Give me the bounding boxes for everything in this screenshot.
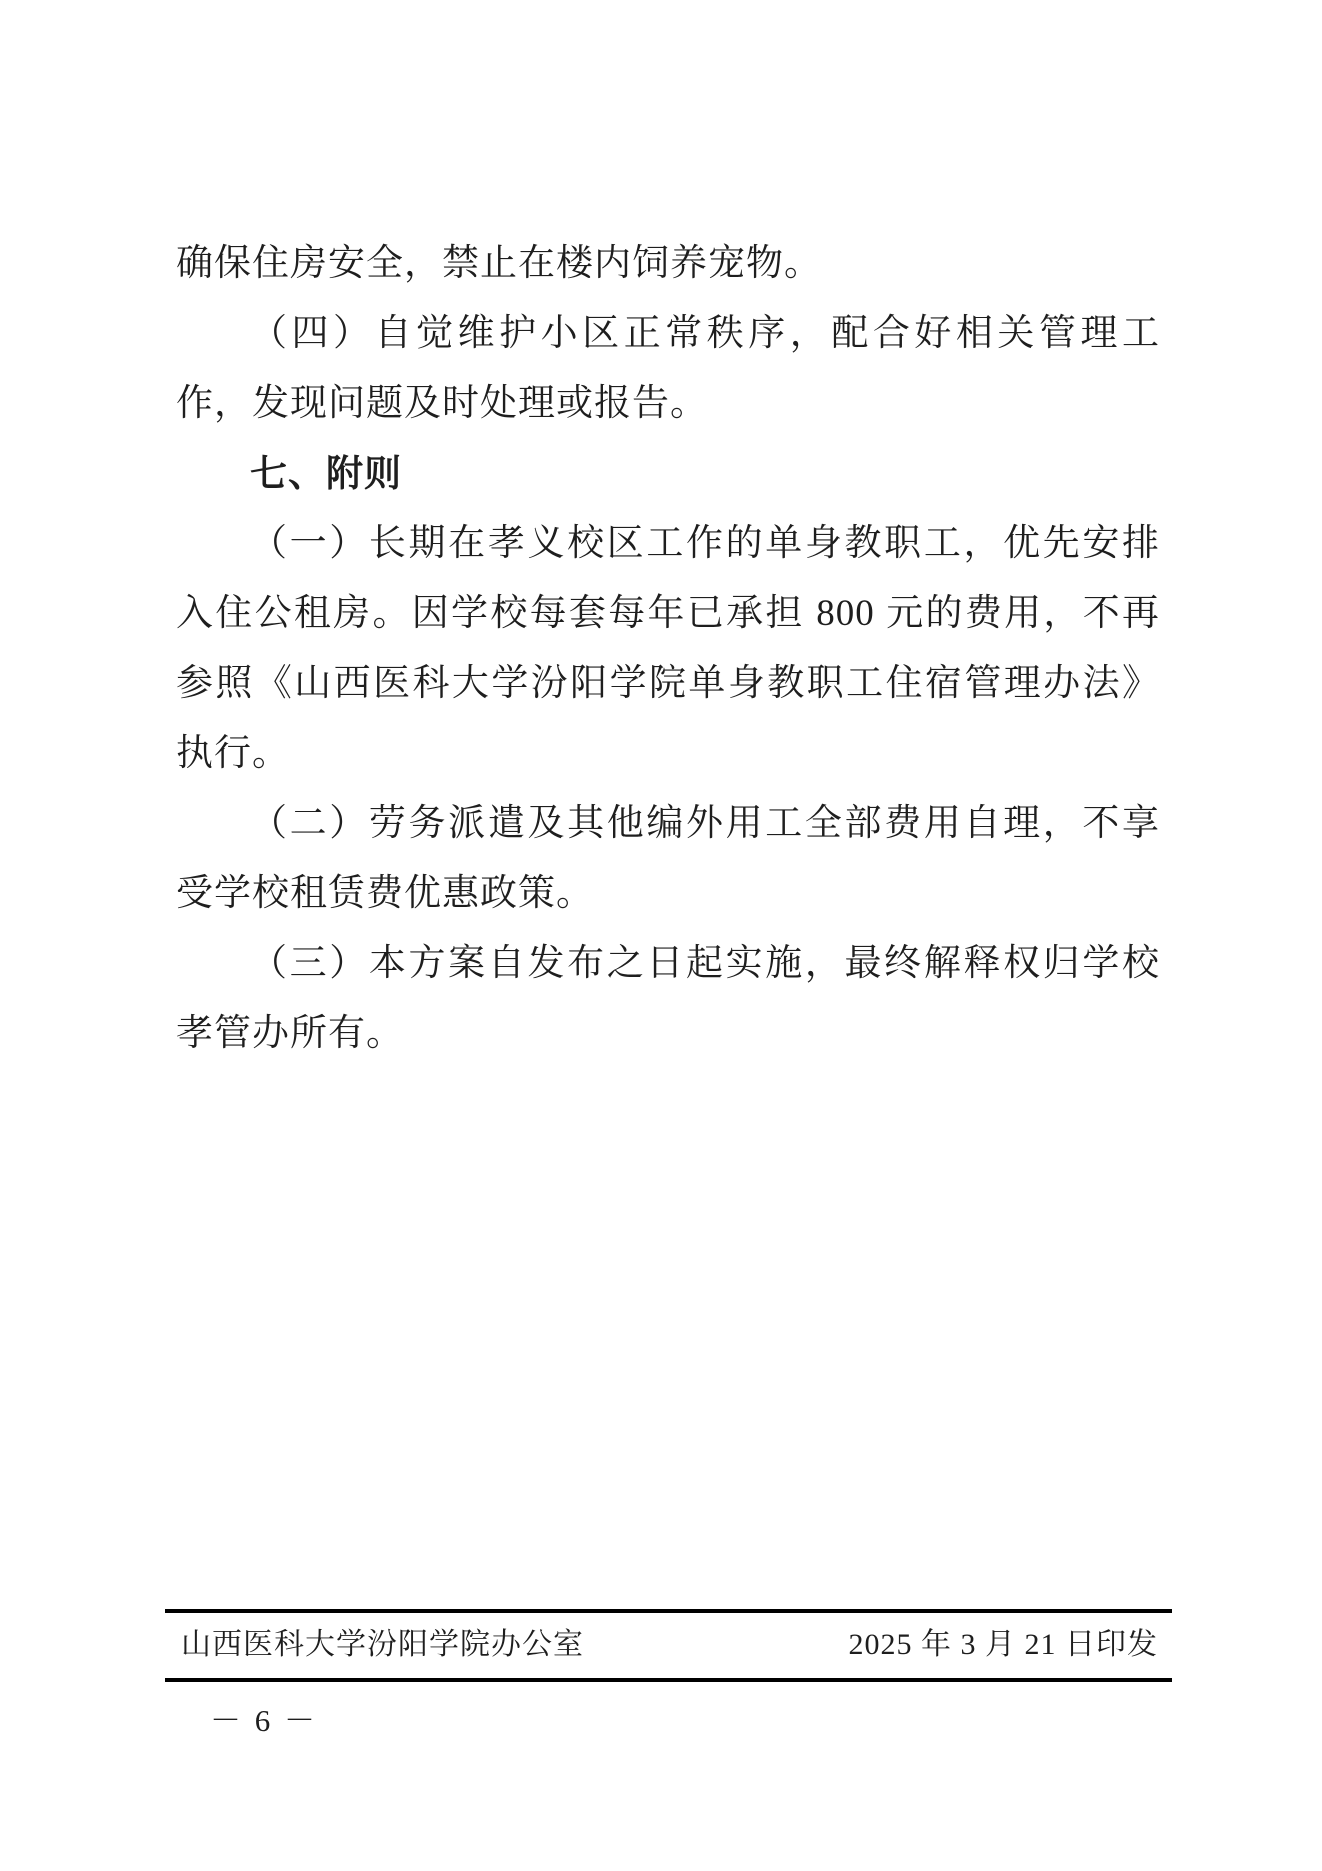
footer-issuer: 山西医科大学汾阳学院办公室 [181,1629,584,1661]
footer-rule-top [165,1609,1172,1613]
section-heading-supplementary-provisions: 七、附则 [176,439,1160,509]
paragraph-item-2: （二）劳务派遣及其他编外用工全部费用自理，不享受学校租赁费优惠政策。 [176,789,1160,929]
paragraph-item-1: （一）长期在孝义校区工作的单身教职工，优先安排入住公租房。因学校每套每年已承担 … [176,509,1160,789]
paragraph-item-4: （四）自觉维护小区正常秩序，配合好相关管理工作，发现问题及时处理或报告。 [176,299,1160,439]
footer-print-date: 2025 年 3 月 21 日印发 [849,1629,1159,1661]
document-body: 确保住房安全，禁止在楼内饲养宠物。 （四）自觉维护小区正常秩序，配合好相关管理工… [176,229,1160,1069]
paragraph-continuation: 确保住房安全，禁止在楼内饲养宠物。 [176,229,1160,299]
page-footer: 山西医科大学汾阳学院办公室 2025 年 3 月 21 日印发 [165,1629,1172,1661]
paragraph-item-3: （三）本方案自发布之日起实施，最终解释权归学校孝管办所有。 [176,929,1160,1069]
footer-rule-bottom [165,1678,1172,1682]
document-page: 确保住房安全，禁止在楼内饲养宠物。 （四）自觉维护小区正常秩序，配合好相关管理工… [0,0,1322,1871]
page-number: － 6 － [210,1703,318,1739]
